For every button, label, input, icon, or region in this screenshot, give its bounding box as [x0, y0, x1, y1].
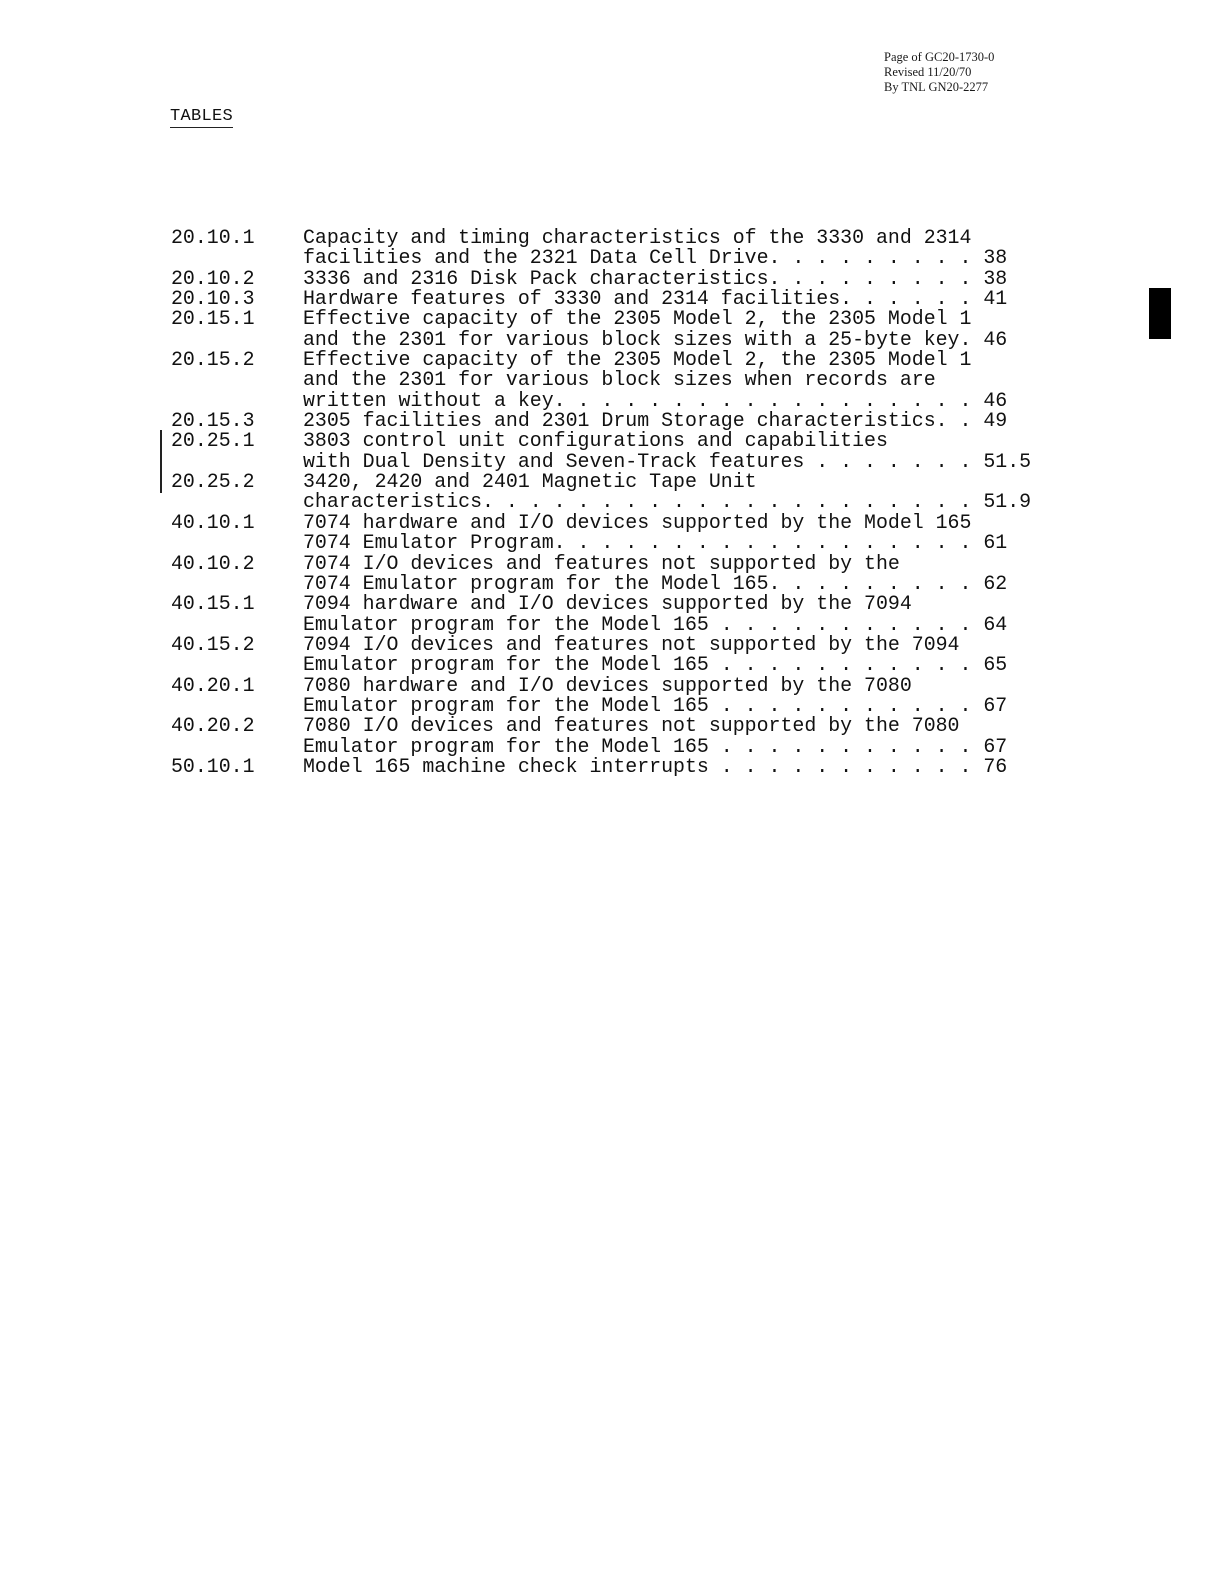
toc-entry: 20.25.23420, 2420 and 2401 Magnetic Tape… [171, 472, 1031, 513]
table-number: 50.10.1 [171, 757, 303, 777]
caption-line: 3803 control unit configurations and cap… [303, 431, 1031, 451]
table-caption: 7080 I/O devices and features not suppor… [303, 716, 1007, 757]
header-line-page-of: Page of GC20-1730-0 [884, 50, 994, 65]
table-caption: 3803 control unit configurations and cap… [303, 431, 1031, 472]
toc-entry: 20.10.23336 and 2316 Disk Pack character… [171, 269, 1031, 289]
thumb-tab-marker [1149, 288, 1171, 339]
caption-line: Emulator program for the Model 165 . . .… [303, 737, 1007, 757]
caption-line: written without a key. . . . . . . . . .… [303, 391, 1007, 411]
caption-line: 3336 and 2316 Disk Pack characteristics.… [303, 269, 1007, 289]
toc-entry: 20.15.32305 facilities and 2301 Drum Sto… [171, 411, 1031, 431]
page-header: Page of GC20-1730-0 Revised 11/20/70 By … [884, 50, 994, 95]
caption-line: and the 2301 for various block sizes wit… [303, 330, 1007, 350]
table-number: 40.10.1 [171, 513, 303, 554]
caption-line: 2305 facilities and 2301 Drum Storage ch… [303, 411, 1007, 431]
caption-line: Emulator program for the Model 165 . . .… [303, 696, 1007, 716]
caption-line: 7074 Emulator program for the Model 165.… [303, 574, 1007, 594]
table-caption: Hardware features of 3330 and 2314 facil… [303, 289, 1007, 309]
table-number: 20.25.1 [171, 431, 303, 472]
table-number: 20.10.2 [171, 269, 303, 289]
toc-entry: 50.10.1Model 165 machine check interrupt… [171, 757, 1031, 777]
caption-line: 3420, 2420 and 2401 Magnetic Tape Unit [303, 472, 1031, 492]
table-number: 40.10.2 [171, 554, 303, 595]
table-number: 20.15.1 [171, 309, 303, 350]
caption-line: characteristics. . . . . . . . . . . . .… [303, 492, 1031, 512]
toc-entry: 40.15.17094 hardware and I/O devices sup… [171, 594, 1031, 635]
caption-line: 7080 I/O devices and features not suppor… [303, 716, 1007, 736]
caption-line: 7074 hardware and I/O devices supported … [303, 513, 1007, 533]
table-caption: Effective capacity of the 2305 Model 2, … [303, 350, 1007, 411]
caption-line: 7074 I/O devices and features not suppor… [303, 554, 1007, 574]
table-number: 20.15.3 [171, 411, 303, 431]
caption-line: 7094 hardware and I/O devices supported … [303, 594, 1007, 614]
table-of-tables: 20.10.1Capacity and timing characteristi… [171, 228, 1031, 777]
caption-line: Emulator program for the Model 165 . . .… [303, 615, 1007, 635]
caption-line: Emulator program for the Model 165 . . .… [303, 655, 1007, 675]
header-line-revised: Revised 11/20/70 [884, 65, 994, 80]
table-caption: 7074 I/O devices and features not suppor… [303, 554, 1007, 595]
table-number: 40.20.1 [171, 676, 303, 717]
table-number: 20.15.2 [171, 350, 303, 411]
toc-entry: 20.15.2Effective capacity of the 2305 Mo… [171, 350, 1031, 411]
caption-line: Effective capacity of the 2305 Model 2, … [303, 350, 1007, 370]
table-caption: 7094 I/O devices and features not suppor… [303, 635, 1007, 676]
header-line-tnl: By TNL GN20-2277 [884, 80, 994, 95]
toc-entry: 40.20.27080 I/O devices and features not… [171, 716, 1031, 757]
revision-change-bar [160, 430, 162, 493]
section-title: TABLES [170, 107, 233, 128]
caption-line: 7080 hardware and I/O devices supported … [303, 676, 1007, 696]
toc-entry: 20.25.13803 control unit configurations … [171, 431, 1031, 472]
table-caption: 3420, 2420 and 2401 Magnetic Tape Unitch… [303, 472, 1031, 513]
caption-line: Capacity and timing characteristics of t… [303, 228, 1007, 248]
table-number: 20.25.2 [171, 472, 303, 513]
toc-entry: 40.10.17074 hardware and I/O devices sup… [171, 513, 1031, 554]
table-caption: 7094 hardware and I/O devices supported … [303, 594, 1007, 635]
caption-line: with Dual Density and Seven-Track featur… [303, 452, 1031, 472]
table-number: 20.10.3 [171, 289, 303, 309]
table-caption: Capacity and timing characteristics of t… [303, 228, 1007, 269]
table-caption: 2305 facilities and 2301 Drum Storage ch… [303, 411, 1007, 431]
toc-entry: 40.20.17080 hardware and I/O devices sup… [171, 676, 1031, 717]
table-caption: 3336 and 2316 Disk Pack characteristics.… [303, 269, 1007, 289]
caption-line: Model 165 machine check interrupts . . .… [303, 757, 1007, 777]
caption-line: 7074 Emulator Program. . . . . . . . . .… [303, 533, 1007, 553]
toc-entry: 20.10.3Hardware features of 3330 and 231… [171, 289, 1031, 309]
table-number: 40.20.2 [171, 716, 303, 757]
toc-entry: 20.15.1Effective capacity of the 2305 Mo… [171, 309, 1031, 350]
caption-line: Hardware features of 3330 and 2314 facil… [303, 289, 1007, 309]
table-caption: 7080 hardware and I/O devices supported … [303, 676, 1007, 717]
caption-line: and the 2301 for various block sizes whe… [303, 370, 1007, 390]
caption-line: facilities and the 2321 Data Cell Drive.… [303, 248, 1007, 268]
table-number: 20.10.1 [171, 228, 303, 269]
table-caption: Model 165 machine check interrupts . . .… [303, 757, 1007, 777]
caption-line: Effective capacity of the 2305 Model 2, … [303, 309, 1007, 329]
toc-entry: 20.10.1Capacity and timing characteristi… [171, 228, 1031, 269]
table-number: 40.15.1 [171, 594, 303, 635]
table-number: 40.15.2 [171, 635, 303, 676]
table-caption: 7074 hardware and I/O devices supported … [303, 513, 1007, 554]
caption-line: 7094 I/O devices and features not suppor… [303, 635, 1007, 655]
toc-entry: 40.10.27074 I/O devices and features not… [171, 554, 1031, 595]
table-caption: Effective capacity of the 2305 Model 2, … [303, 309, 1007, 350]
toc-entry: 40.15.27094 I/O devices and features not… [171, 635, 1031, 676]
